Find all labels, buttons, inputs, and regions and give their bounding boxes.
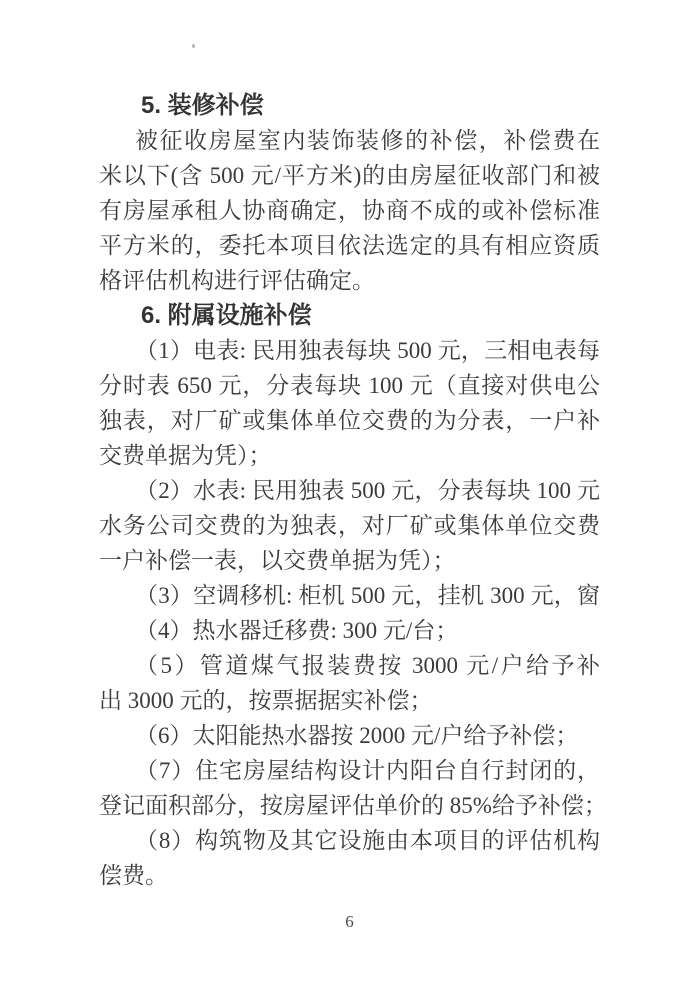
text-line: 独表，对厂矿或集体单位交费的为分表，一户补偿一表，以 xyxy=(99,403,600,438)
document-page: 5. 装修补偿 被征收房屋室内装饰装修的补偿，补偿费在 500 元/平方 米以下… xyxy=(0,0,699,990)
item-5-gas-installation: （5）管道煤气报装费按 3000 元/户给予补偿；报装费超 出 3000 元的，… xyxy=(99,648,600,718)
scan-speckle-mark xyxy=(192,44,195,48)
page-number: 6 xyxy=(0,912,699,932)
item-8-structures: （8）构筑物及其它设施由本项目的评估机构评估确定补 偿费。 xyxy=(99,823,600,893)
item-2-water-meter: （2）水表: 民用独表 500 元，分表每块 100 元（直接对 水务公司交费的… xyxy=(99,473,600,578)
text-line: 格评估机构进行评估确定。 xyxy=(99,263,600,298)
item-1-electric-meter: （1）电表: 民用独表每块 500 元，三相电表每块 980 元， 分时表 65… xyxy=(99,333,600,473)
text-line: 偿费。 xyxy=(99,858,600,893)
item-7-balcony: （7）住宅房屋结构设计内阳台自行封闭的，未计入房屋 登记面积部分，按房屋评估单价… xyxy=(99,753,600,823)
text-line: （8）构筑物及其它设施由本项目的评估机构评估确定补 xyxy=(99,823,600,858)
section-5-paragraph: 被征收房屋室内装饰装修的补偿，补偿费在 500 元/平方 米以下(含 500 元… xyxy=(99,123,600,298)
text-line: （4）热水器迁移费: 300 元/台； xyxy=(99,613,600,648)
text-line: （2）水表: 民用独表 500 元，分表每块 100 元（直接对 xyxy=(99,473,600,508)
text-line: 交费单据为凭）； xyxy=(99,438,600,473)
text-line: 一户补偿一表，以交费单据为凭）； xyxy=(99,543,600,578)
item-6-solar-heater: （6）太阳能热水器按 2000 元/户给予补偿； xyxy=(99,718,600,753)
text-line: 水务公司交费的为独表，对厂矿或集体单位交费的为分表， xyxy=(99,508,600,543)
section-5-heading: 5. 装修补偿 xyxy=(99,88,600,123)
item-3-air-conditioner: （3）空调移机: 柜机 500 元，挂机 300 元，窗机 200 元; xyxy=(99,578,600,613)
text-line: 登记面积部分，按房屋评估单价的 85%给予补偿； xyxy=(99,788,600,823)
text-line: （5）管道煤气报装费按 3000 元/户给予补偿；报装费超 xyxy=(99,648,600,683)
text-line: （7）住宅房屋结构设计内阳台自行封闭的，未计入房屋 xyxy=(99,753,600,788)
document-body: 5. 装修补偿 被征收房屋室内装饰装修的补偿，补偿费在 500 元/平方 米以下… xyxy=(99,88,600,893)
text-line: 出 3000 元的，按票据据实补偿； xyxy=(99,683,600,718)
text-line: 平方米的，委托本项目依法选定的具有相应资质的房地产价 xyxy=(99,228,600,263)
item-4-water-heater: （4）热水器迁移费: 300 元/台； xyxy=(99,613,600,648)
text-line: （3）空调移机: 柜机 500 元，挂机 300 元，窗机 200 元; xyxy=(99,578,600,613)
text-line: 米以下(含 500 元/平方米)的由房屋征收部门和被征收人或公 xyxy=(99,158,600,193)
text-line: 分时表 650 元，分表每块 100 元（直接对供电公司交费的为 xyxy=(99,368,600,403)
text-line: （6）太阳能热水器按 2000 元/户给予补偿； xyxy=(99,718,600,753)
text-line: 被征收房屋室内装饰装修的补偿，补偿费在 500 元/平方 xyxy=(99,123,600,158)
section-6-heading: 6. 附属设施补偿 xyxy=(99,298,600,333)
text-line: （1）电表: 民用独表每块 500 元，三相电表每块 980 元， xyxy=(99,333,600,368)
text-line: 有房屋承租人协商确定，协商不成的或补偿标准超过 500 元/ xyxy=(99,193,600,228)
